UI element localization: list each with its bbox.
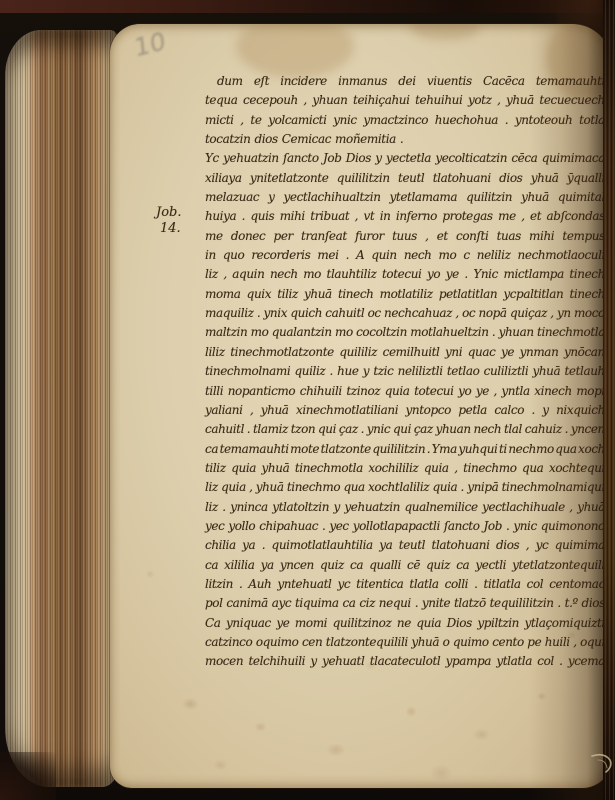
text-line: momaquixtilizyhuātinechmotlatilizpetlati…: [205, 285, 605, 304]
text-line: medonecpertranſeatfurortuus,etconſtituas…: [205, 227, 605, 246]
text-line: catemamauhtimotetlatzontequililitzin.Yma…: [205, 440, 605, 459]
text-line: polcanimāayctiquimacaciznequi.ynitetlatz…: [205, 594, 605, 613]
margin-note-book: Job.: [156, 205, 182, 221]
text-line: liz,aquinnechmotlauhtiliztotecuiyoye.Yni…: [205, 265, 605, 284]
text-line: xiliayaynitetlatzontequililitzinteutltla…: [205, 169, 605, 188]
text-line: tinechmolnamiquiliz.hueytzicneliliztlite…: [205, 362, 605, 381]
text-line: liz.ynincaytlatoltzinyyehuatzinqualnemil…: [205, 498, 605, 517]
text-line: maltzinmoqualantzinmococoltzinmotlahuelt…: [205, 323, 605, 342]
text-line: liliztinechmotlatzontequililizcemilhuitl…: [205, 343, 605, 362]
text-line: caxililiayayncenquizcaquallicēquizcayect…: [205, 556, 605, 575]
text-line: catzincooquimocentlatzontequililiyhuāoqu…: [205, 633, 605, 652]
text-line: dumeſtincidereinmanusdeiviuentisCacēcate…: [205, 72, 605, 91]
pencil-mark: 10: [133, 26, 167, 63]
text-line: micti,teyolcamictiynicymactzincohuechohu…: [205, 111, 605, 130]
text-line: tillinopanticmochihuilitzinozquiatotecui…: [205, 382, 605, 401]
page-edges-stack: [5, 30, 118, 787]
facing-leaves-edge: [603, 0, 615, 800]
text-line: lizquia,yhuātinechmoquaxochtlalilizquia.…: [205, 478, 605, 497]
margin-note-chapter: 14.: [156, 221, 182, 237]
text-line: tilizquiayhuātinechmotlaxochililizquia,t…: [205, 459, 605, 478]
leather-cover-bottom-left: [0, 752, 56, 800]
text-line: yecyollochipahuac.yecyollotlapapactliſan…: [205, 517, 605, 536]
text-line: mocentelchihuiliyyehuatltlacateculotlypa…: [205, 652, 605, 671]
margin-note: Job. 14.: [156, 205, 182, 237]
stain: [410, 24, 480, 40]
text-line: chiliaya.quimotlatlauhtiliayateutltlatoh…: [205, 536, 605, 555]
text-line: yaliani,yhuāxinechmotlatilianiyntopcopet…: [205, 401, 605, 420]
text-line: CayniquacyemomiquilitzinoznequiaDiosypil…: [205, 614, 605, 633]
text-line: YcyehuatzinſanctoJobDiosyyectetlayecolti…: [205, 149, 605, 168]
text-line: maquiliz.ynixquichcahuitlocnechcahuaz,oc…: [205, 304, 605, 323]
text-line: litzin.Auhyntehuatlyctitenticatlatlacoll…: [205, 575, 605, 594]
text-block: dumeſtincidereinmanusdeiviuentisCacēcate…: [205, 72, 605, 672]
text-line: tocatzindiosCemicacmoñemitia.: [205, 130, 605, 149]
leather-cover-top-edge: [0, 0, 615, 13]
text-line: melazuacyyectlachihualtzinytetlamamaquil…: [205, 188, 605, 207]
manuscript-page: 10 Job. 14. dumeſtincidereinmanusdeiviue…: [110, 24, 612, 788]
text-line: huiya.quismihitribuat,vtininfernoprotega…: [205, 207, 605, 226]
text-line: inquorecorderismei.Aquinnechmocnelilizne…: [205, 246, 605, 265]
binding-thread: [590, 750, 614, 776]
text-line: cahuitl.tlamiztzonquiçaz.ynicquiçazyhuan…: [205, 420, 605, 439]
book-photo: 10 Job. 14. dumeſtincidereinmanusdeiviue…: [0, 0, 615, 800]
text-line: tequacecepouh,yhuanteihiçahuitehuihuiyot…: [205, 91, 605, 110]
stain: [236, 24, 354, 78]
